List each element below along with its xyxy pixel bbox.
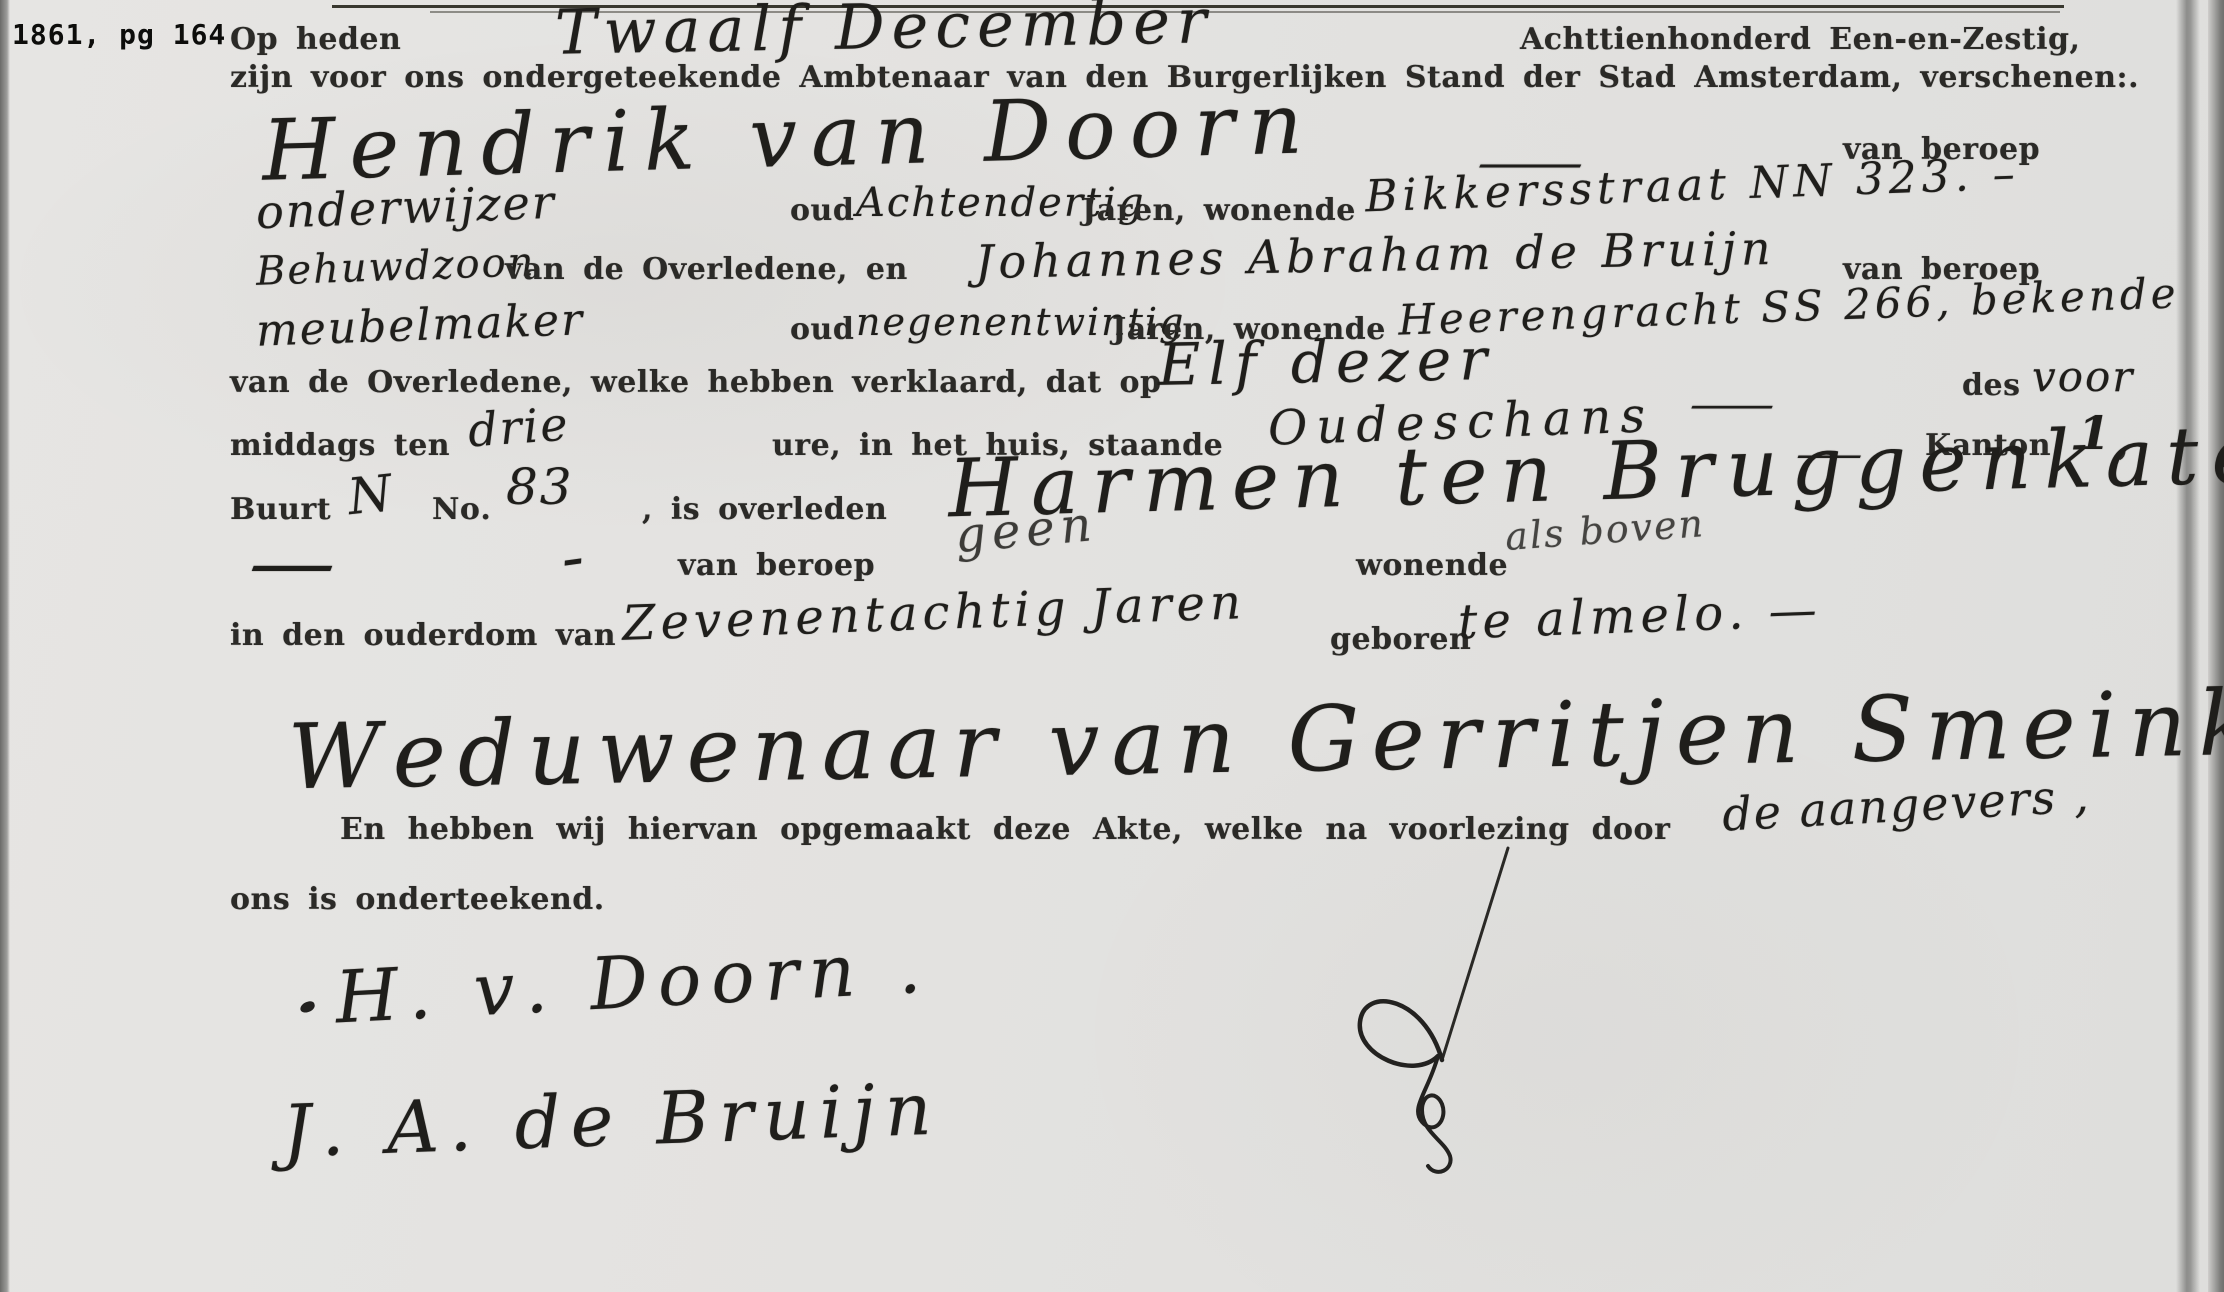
printed-declaration: van de Overledene, welke hebben verklaar… (230, 365, 1162, 400)
printed-jaren-wonende-1: Jaren, wonende (1082, 193, 1356, 228)
printed-closing-2: ons is onderteekend. (230, 882, 605, 917)
handwritten-birthplace: te almelo. — (1457, 582, 1822, 651)
printed-buurt: Buurt (230, 492, 331, 527)
scan-right-fold-shadow (2176, 0, 2200, 1292)
handwritten-date: Twaalf December (554, 0, 1214, 69)
printed-no: No. (432, 492, 491, 527)
printed-geboren: geboren (1330, 622, 1471, 657)
handwritten-relation-1: Behuwdzoon (255, 239, 536, 295)
handwritten-hour: drie (466, 397, 571, 458)
handwritten-occupation-2: meubelmaker (255, 294, 585, 356)
printed-relation-of-deceased: van de Overledene, en (505, 252, 908, 287)
signature-de-bruijn: J. A. de Bruijn (281, 1067, 943, 1174)
handwritten-voor: voor (2032, 352, 2134, 401)
scan-left-edge (0, 0, 10, 1292)
printed-is-overleden: , is overleden (642, 492, 887, 527)
handwritten-address-2: Heerengracht SS 266, bekende (1397, 268, 2180, 344)
handwritten-age-deceased: Zevenentachtig Jaren (621, 574, 1247, 652)
printed-middags-ten: middags ten (230, 428, 450, 463)
printed-oud-1: oud (790, 193, 854, 228)
printed-closing-1: En hebben wij hiervan opgemaakt deze Akt… (340, 812, 1670, 847)
scan-right-edge (2208, 0, 2224, 1292)
page-annotation: 1861, pg 164 (12, 18, 226, 51)
handwritten-dash-small: – (559, 533, 589, 585)
printed-van-beroep-deceased: van beroep (678, 548, 875, 583)
handwritten-occupation-1: onderwijzer (255, 175, 556, 239)
handwritten-death-date: Elf dezer (1157, 325, 1495, 399)
printed-des: des (1962, 368, 2020, 403)
printed-op-heden: Op heden (230, 22, 401, 57)
printed-year: Achttienhonderd Een-en-Zestig, (1520, 22, 2080, 57)
registrar-paraph-mark (1342, 846, 1542, 1176)
printed-wonende-deceased: wonende (1356, 548, 1508, 583)
handwritten-buurt-letter: N (345, 464, 397, 526)
signature-van-doorn: H. v. Doorn . (333, 924, 933, 1039)
printed-oud-2: oud (790, 312, 854, 347)
handwritten-dash-left: — (248, 540, 340, 591)
death-record-scan: 1861, pg 164 Op heden Twaalf December Ac… (0, 0, 2224, 1292)
handwritten-house-number: 83 (506, 458, 574, 516)
handwritten-occupation-deceased: geen (953, 496, 1100, 564)
handwritten-address-1: Bikkersstraat NN 323. – (1364, 149, 2020, 223)
printed-ouderdom: in den ouderdom van (230, 618, 616, 653)
ink-dot (299, 1000, 316, 1014)
handwritten-declarant2-name: Johannes Abraham de Bruijn (975, 221, 1776, 289)
